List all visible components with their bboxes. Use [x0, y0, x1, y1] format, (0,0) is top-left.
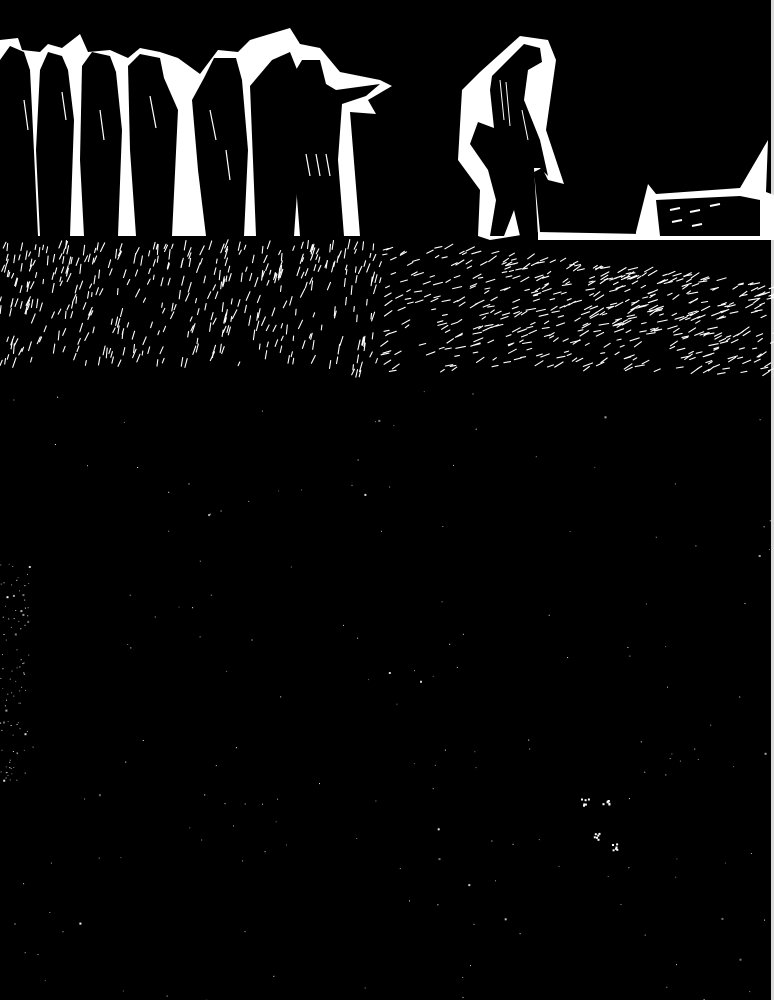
woodcut-artwork — [0, 0, 774, 1000]
